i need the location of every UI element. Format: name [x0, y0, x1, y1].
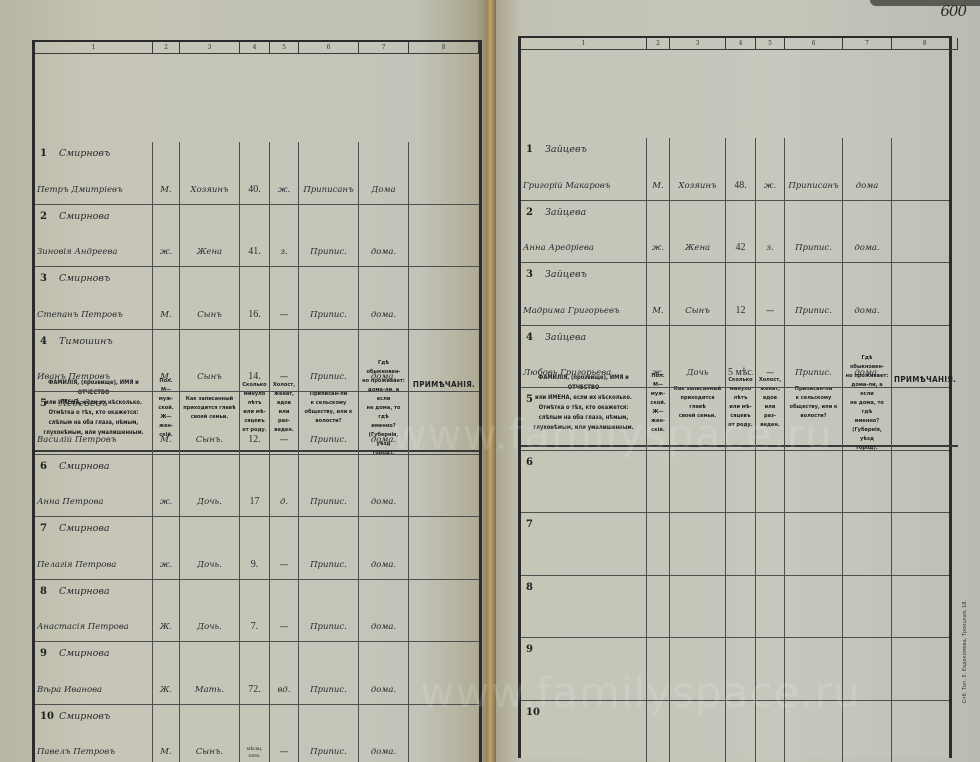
sex: М. — [155, 185, 177, 195]
relation: Мать. — [182, 685, 237, 695]
age-cell — [726, 513, 756, 575]
ledger-spread: 600 12345678ФАМИЛІЯ, (прозвище), ИМЯ и О… — [0, 0, 980, 762]
column-number: 8 — [892, 38, 958, 50]
entry-number: 6 — [40, 461, 47, 472]
age: 9. — [242, 559, 267, 570]
residence-cell: дома. — [359, 455, 409, 517]
sex: М. — [649, 181, 667, 191]
table-row: 9СмирноваВѣра ИвановаЖ.Мать.72.вд.Припис… — [35, 642, 479, 705]
notes-cell — [409, 517, 479, 579]
relation-cell — [670, 701, 726, 762]
notes-cell — [892, 263, 949, 325]
residence: Дома — [361, 185, 406, 195]
name-cell: 7СмирноваПелагія Петрова — [35, 517, 153, 579]
name-cell: 1ЗайцевъГригорій Макаровъ — [521, 138, 647, 200]
marital-status: з. — [758, 243, 782, 253]
marital-cell — [756, 701, 785, 762]
marital-cell: д. — [270, 455, 299, 517]
age: 17 — [242, 496, 267, 507]
age-cell: 48. — [726, 138, 756, 200]
relation-cell: Сынъ. — [180, 392, 240, 454]
relation: Жена — [672, 243, 723, 253]
entry-number: 7 — [526, 519, 533, 530]
sex-cell — [647, 701, 670, 762]
sex-cell: Ж. — [153, 580, 180, 642]
surname: Смирнова — [59, 461, 110, 472]
relation: Сынъ — [672, 306, 723, 316]
sex-cell: ж. — [153, 205, 180, 267]
notes-cell — [409, 642, 479, 704]
registered-cell: Припис. — [299, 392, 359, 454]
entry-number: 3 — [526, 269, 533, 280]
sex: М. — [649, 306, 667, 316]
column-number: 7 — [843, 38, 892, 50]
age-cell: 5 мѣс. — [726, 326, 756, 388]
marital-cell — [756, 513, 785, 575]
notes-cell — [409, 455, 479, 517]
name-cell: 2СмирноваЗиновія Андреева — [35, 205, 153, 267]
residence-cell: дома. — [359, 642, 409, 704]
table-row: 2ЗайцеваАнна Аредріеваж.Жена42з.Припис.д… — [521, 201, 949, 264]
notes-cell — [409, 205, 479, 267]
table-row: 5ЛебедевъВасилій ПетровъМ.Сынъ.12.—Припи… — [35, 392, 479, 455]
registered-cell — [785, 451, 843, 513]
registration: Припис. — [301, 372, 356, 382]
relation-cell: Дочь — [670, 326, 726, 388]
column-number: 4 — [726, 38, 756, 50]
entry-number: 7 — [40, 523, 47, 534]
relation: Дочь — [672, 368, 723, 378]
relation-cell: Дочь. — [180, 517, 240, 579]
registered-cell: Припис. — [299, 455, 359, 517]
relation: Дочь. — [182, 560, 237, 570]
marital-status: — — [272, 747, 296, 757]
registration: Припис. — [301, 435, 356, 445]
marital-cell — [756, 576, 785, 638]
sex-cell — [647, 638, 670, 700]
residence-cell: дома. — [843, 326, 892, 388]
surname: Смирнова — [59, 586, 110, 597]
column-number: 5 — [270, 42, 299, 54]
given-name: Василій Петровъ — [37, 435, 117, 445]
registered-cell: Припис. — [299, 267, 359, 329]
age-cell: 40. — [240, 142, 270, 204]
column-number: 8 — [409, 42, 479, 54]
registration: Припис. — [301, 685, 356, 695]
age-cell — [726, 701, 756, 762]
registered-cell — [785, 388, 843, 450]
residence: дома. — [361, 685, 406, 695]
surname: Зайцева — [545, 207, 586, 218]
marital-status: — — [272, 560, 296, 570]
registered-cell: Припис. — [299, 642, 359, 704]
surname: Смирновъ — [59, 711, 110, 722]
notes-cell — [892, 701, 949, 762]
name-cell: 6 — [521, 451, 647, 513]
marital-cell: — — [270, 517, 299, 579]
table-row: 4ТимошинъИванъ ПетровъМ.Сынъ14.—Припис.д… — [35, 330, 479, 393]
given-name: Петръ Дмитріевъ — [37, 185, 123, 195]
registered-cell: Припис. — [299, 205, 359, 267]
table-row: 8СмирноваАнастасія ПетроваЖ.Дочь.7.—Прип… — [35, 580, 479, 643]
sex-cell — [647, 576, 670, 638]
residence: дома. — [361, 622, 406, 632]
name-cell: 5ЛебедевъВасилій Петровъ — [35, 392, 153, 454]
name-cell: 2ЗайцеваАнна Аредріева — [521, 201, 647, 263]
entry-number: 9 — [526, 644, 533, 655]
registration: Приписанъ — [787, 181, 840, 191]
column-number: 5 — [756, 38, 785, 50]
residence-cell — [843, 451, 892, 513]
column-number: 3 — [180, 42, 240, 54]
sex: Ж. — [155, 622, 177, 632]
table-row: 1ЗайцевъГригорій МакаровъМ.Хозяинъ48.ж.П… — [521, 138, 949, 201]
sex-cell: М. — [153, 267, 180, 329]
sex-cell: ж. — [153, 455, 180, 517]
name-cell: 6СмирноваАнна Петрова — [35, 455, 153, 517]
marital-status: — — [758, 368, 782, 378]
registration: Припис. — [301, 247, 356, 257]
relation-cell: Жена — [180, 205, 240, 267]
notes-cell — [892, 451, 949, 513]
age-cell: 16. — [240, 267, 270, 329]
census-table-right: 12345678ФАМИЛІЯ, (прозвище), ИМЯ и ОТЧЕС… — [518, 36, 952, 758]
column-number: 2 — [647, 38, 670, 50]
given-name: Степанъ Петровъ — [37, 310, 123, 320]
registered-cell: Припис. — [785, 326, 843, 388]
sex-cell: М. — [153, 330, 180, 392]
relation: Сынъ. — [182, 435, 237, 445]
table-row: 3ЗайцевъМадрима ГригорьевъМ.Сынъ12—Припи… — [521, 263, 949, 326]
marital-cell: — — [270, 330, 299, 392]
registered-cell — [785, 701, 843, 762]
relation: Хозяинъ — [672, 181, 723, 191]
registration: Припис. — [301, 560, 356, 570]
marital-status: вд. — [272, 685, 296, 695]
age-cell: 42 — [726, 201, 756, 263]
sex-cell — [647, 388, 670, 450]
relation-cell: Сынъ — [180, 267, 240, 329]
census-table-left: 12345678ФАМИЛІЯ, (прозвище), ИМЯ и ОТЧЕС… — [32, 40, 482, 762]
entry-number: 5 — [526, 394, 533, 405]
given-name: Павелъ Петровъ — [37, 747, 115, 757]
sex: ж. — [155, 560, 177, 570]
notes-cell — [409, 142, 479, 204]
surname: Смирновъ — [59, 273, 110, 284]
age: 72. — [242, 684, 267, 695]
age: 42 — [728, 242, 753, 253]
age-cell: 72. — [240, 642, 270, 704]
registered-cell — [785, 576, 843, 638]
sex: М. — [155, 435, 177, 445]
given-name: Анна Аредріева — [523, 243, 594, 253]
notes-cell — [409, 705, 479, 762]
age: 41. — [242, 246, 267, 257]
entry-number: 3 — [40, 273, 47, 284]
relation-cell: Дочь. — [180, 455, 240, 517]
table-row: 6 — [521, 451, 949, 514]
marital-cell: — — [270, 392, 299, 454]
registered-cell: Припис. — [785, 201, 843, 263]
notes-cell — [892, 576, 949, 638]
registered-cell: Приписанъ — [785, 138, 843, 200]
age-cell — [726, 451, 756, 513]
residence: дома. — [845, 368, 889, 378]
residence-cell: дома. — [359, 205, 409, 267]
marital-status: ж. — [272, 185, 296, 195]
age-cell: мѣсяц. пятн. — [240, 705, 270, 762]
name-cell: 5 — [521, 388, 647, 450]
entry-number: 2 — [40, 211, 47, 222]
sex-cell — [647, 451, 670, 513]
relation-cell: Сынъ — [180, 330, 240, 392]
sex: ж. — [155, 247, 177, 257]
sex: М. — [155, 310, 177, 320]
table-row: 5 — [521, 388, 949, 451]
relation: Дочь. — [182, 622, 237, 632]
age: 16. — [242, 309, 267, 320]
entries-right: 1ЗайцевъГригорій МакаровъМ.Хозяинъ48.ж.П… — [521, 138, 949, 758]
notes-cell — [409, 330, 479, 392]
marital-cell — [756, 638, 785, 700]
residence-cell: дома. — [359, 267, 409, 329]
registered-cell: Припис. — [299, 705, 359, 762]
relation-cell: Хозяинъ — [670, 138, 726, 200]
age-cell — [726, 388, 756, 450]
given-name: Мадрима Григорьевъ — [523, 306, 620, 316]
relation-cell — [670, 451, 726, 513]
relation: Дочь. — [182, 497, 237, 507]
registration: Приписанъ — [301, 185, 356, 195]
residence: дома. — [845, 306, 889, 316]
notes-cell — [409, 392, 479, 454]
age: 12 — [728, 305, 753, 316]
marital-cell: з. — [270, 205, 299, 267]
registered-cell: Припис. — [299, 330, 359, 392]
marital-status: з. — [272, 247, 296, 257]
entries-left: 1СмирновъПетръ ДмитріевъМ.Хозяинъ40.ж.Пр… — [35, 142, 479, 762]
entry-number: 1 — [40, 148, 47, 159]
sex: Ж. — [155, 685, 177, 695]
relation-cell — [670, 638, 726, 700]
registered-cell — [785, 513, 843, 575]
column-number: 7 — [359, 42, 409, 54]
residence-cell — [843, 638, 892, 700]
registration: Припис. — [787, 306, 840, 316]
relation: Сынъ — [182, 310, 237, 320]
name-cell: 10 — [521, 701, 647, 762]
marital-cell: — — [270, 267, 299, 329]
sex: ж. — [155, 497, 177, 507]
marital-cell: ж. — [270, 142, 299, 204]
age-cell: 7. — [240, 580, 270, 642]
column-number: 6 — [299, 42, 359, 54]
age: 40. — [242, 184, 267, 195]
marital-status: — — [272, 372, 296, 382]
notes-cell — [409, 580, 479, 642]
sex-cell: ж. — [647, 201, 670, 263]
marital-cell: — — [270, 705, 299, 762]
registration: Припис. — [301, 622, 356, 632]
residence-cell: дома — [843, 138, 892, 200]
column-number: 4 — [240, 42, 270, 54]
sex-cell: М. — [153, 705, 180, 762]
entry-number: 4 — [40, 336, 47, 347]
notes-cell — [892, 201, 949, 263]
registered-cell: Приписанъ — [299, 142, 359, 204]
residence: дома. — [361, 310, 406, 320]
relation-cell: Хозяинъ — [180, 142, 240, 204]
registered-cell: Припис. — [785, 263, 843, 325]
age: мѣсяц. пятн. — [242, 746, 267, 760]
relation-cell — [670, 513, 726, 575]
name-cell: 8 — [521, 576, 647, 638]
book-gutter — [486, 0, 496, 762]
table-row: 10СмирновъПавелъ ПетровъМ.Сынъ.мѣсяц. пя… — [35, 705, 479, 762]
sex: ж. — [649, 368, 667, 378]
name-cell: 4ТимошинъИванъ Петровъ — [35, 330, 153, 392]
residence-cell: дома. — [359, 392, 409, 454]
age: 48. — [728, 180, 753, 191]
column-number: 3 — [670, 38, 726, 50]
table-row: 3СмирновъСтепанъ ПетровъМ.Сынъ16.—Припис… — [35, 267, 479, 330]
relation: Хозяинъ — [182, 185, 237, 195]
sex-cell: М. — [153, 392, 180, 454]
surname: Зайцевъ — [545, 144, 587, 155]
residence-cell: Дома — [359, 142, 409, 204]
entry-number: 2 — [526, 207, 533, 218]
age-cell: 41. — [240, 205, 270, 267]
age-cell: 14. — [240, 330, 270, 392]
age: 14. — [242, 371, 267, 382]
sex-cell — [647, 513, 670, 575]
age-cell — [726, 576, 756, 638]
name-cell: 3СмирновъСтепанъ Петровъ — [35, 267, 153, 329]
column-number: 1 — [521, 38, 647, 50]
table-row: 1СмирновъПетръ ДмитріевъМ.Хозяинъ40.ж.Пр… — [35, 142, 479, 205]
table-row: 8 — [521, 576, 949, 639]
relation: Жена — [182, 247, 237, 257]
residence: дома. — [361, 560, 406, 570]
notes-cell — [892, 513, 949, 575]
relation-cell — [670, 388, 726, 450]
entry-number: 8 — [40, 586, 47, 597]
sex-cell: М. — [647, 263, 670, 325]
table-row: 7 — [521, 513, 949, 576]
entry-number: 6 — [526, 457, 533, 468]
given-name: Любовь Григорьева — [523, 368, 611, 378]
residence: дома. — [361, 372, 406, 382]
name-cell: 4ЗайцеваЛюбовь Григорьева — [521, 326, 647, 388]
given-name: Григорій Макаровъ — [523, 181, 610, 191]
sex-cell: ж. — [647, 326, 670, 388]
surname: Смирнова — [59, 648, 110, 659]
table-row: 10 — [521, 701, 949, 762]
marital-cell: — — [756, 326, 785, 388]
residence: дома. — [361, 747, 406, 757]
marital-cell: ж. — [756, 138, 785, 200]
marital-status: ж. — [758, 181, 782, 191]
marital-cell: — — [756, 263, 785, 325]
notes-cell — [892, 638, 949, 700]
entry-number: 5 — [40, 398, 47, 409]
name-cell: 7 — [521, 513, 647, 575]
relation-cell: Дочь. — [180, 580, 240, 642]
relation-cell: Сынъ — [670, 263, 726, 325]
marital-cell: з. — [756, 201, 785, 263]
age-cell: 17 — [240, 455, 270, 517]
age: 7. — [242, 621, 267, 632]
age-cell: 12. — [240, 392, 270, 454]
relation-cell — [670, 576, 726, 638]
sex: М. — [155, 747, 177, 757]
surname: Зайцева — [545, 332, 586, 343]
marital-status: — — [758, 306, 782, 316]
entry-number: 4 — [526, 332, 533, 343]
name-cell: 8СмирноваАнастасія Петрова — [35, 580, 153, 642]
registration: Припис. — [787, 243, 840, 253]
relation: Сынъ. — [182, 747, 237, 757]
table-row: 4ЗайцеваЛюбовь Григорьеваж.Дочь5 мѣс.—Пр… — [521, 326, 949, 389]
residence: дома. — [845, 243, 889, 253]
notes-cell — [892, 138, 949, 200]
entry-number: 8 — [526, 582, 533, 593]
marital-status: — — [272, 622, 296, 632]
surname: Зайцевъ — [545, 269, 587, 280]
entry-number: 9 — [40, 648, 47, 659]
given-name: Вѣра Иванова — [37, 685, 102, 695]
registration: Припис. — [301, 310, 356, 320]
residence-cell: дома. — [359, 330, 409, 392]
surname: Смирнова — [59, 523, 110, 534]
marital-cell — [756, 388, 785, 450]
residence-cell — [843, 701, 892, 762]
given-name: Пелагія Петрова — [37, 560, 116, 570]
given-name: Иванъ Петровъ — [37, 372, 110, 382]
notes-cell — [892, 388, 949, 450]
table-row: 7СмирноваПелагія Петроваж.Дочь.9.—Припис… — [35, 517, 479, 580]
surname: Смирнова — [59, 211, 110, 222]
relation-cell: Жена — [670, 201, 726, 263]
age: 5 мѣс. — [728, 367, 753, 378]
residence-cell: дома. — [359, 517, 409, 579]
given-name: Зиновія Андреева — [37, 247, 117, 257]
column-number: 1 — [35, 42, 153, 54]
notes-cell — [409, 267, 479, 329]
given-name: Анастасія Петрова — [37, 622, 129, 632]
residence: дома. — [361, 497, 406, 507]
sex-cell: М. — [647, 138, 670, 200]
notes-cell — [892, 326, 949, 388]
residence-cell: дома. — [843, 263, 892, 325]
marital-cell — [756, 451, 785, 513]
registration: Припис. — [301, 497, 356, 507]
marital-status: д. — [272, 497, 296, 507]
age-cell — [726, 638, 756, 700]
entry-number: 10 — [40, 711, 54, 722]
residence-cell — [843, 388, 892, 450]
table-row: 6СмирноваАнна Петроваж.Дочь.17д.Припис.д… — [35, 455, 479, 518]
sex-cell: Ж. — [153, 642, 180, 704]
table-row: 9 — [521, 638, 949, 701]
residence-cell — [843, 513, 892, 575]
name-cell: 1СмирновъПетръ Дмитріевъ — [35, 142, 153, 204]
sex: М. — [155, 372, 177, 382]
sex: ж. — [649, 243, 667, 253]
surname: Тимошинъ — [59, 336, 113, 347]
residence: дома. — [361, 435, 406, 445]
entry-number: 10 — [526, 707, 540, 718]
